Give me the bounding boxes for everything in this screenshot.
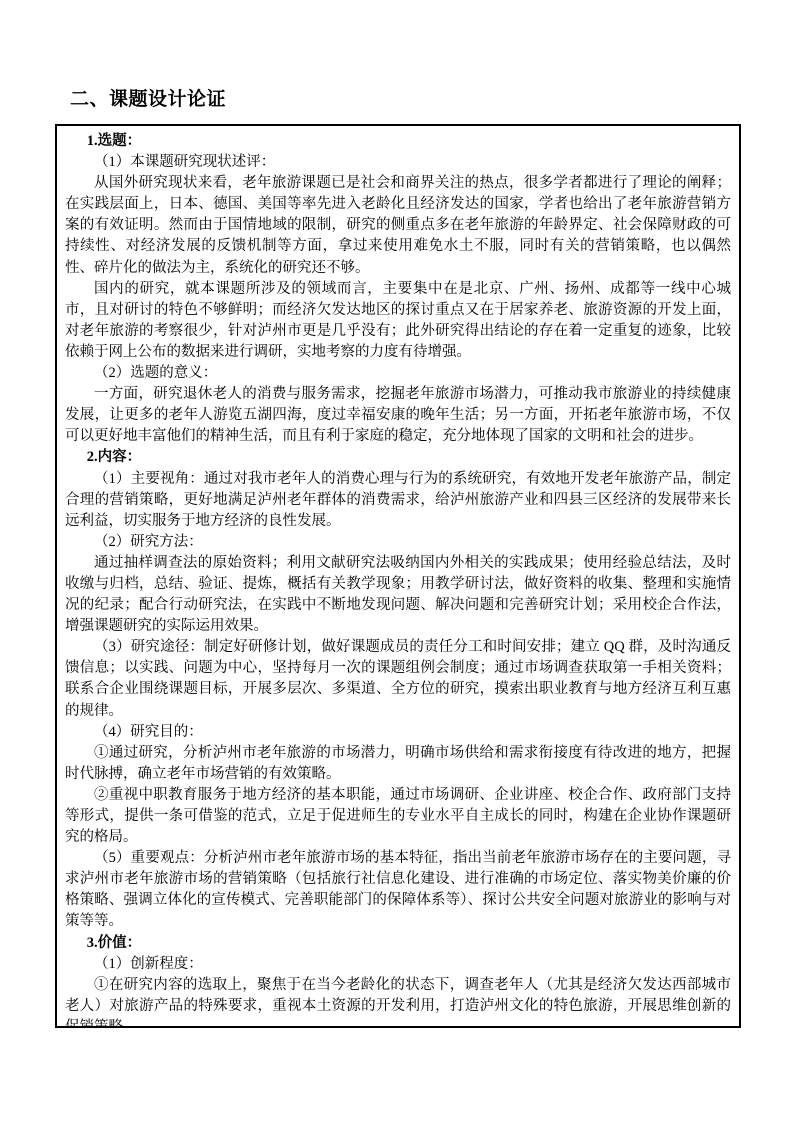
paragraph-18: ①在研究内容的选取上，聚焦于在当今老龄化的状态下，调查老年人（尤其是经济欠发达西… [65,975,731,1028]
paragraph-3: 从国外研究现状来看，老年旅游课题已是社会和商界关注的热点，很多学者都进行了理论的… [65,173,731,278]
paragraph-14: ②重视中职教育服务于地方经济的基本职能，通过市场调研、企业讲座、校企合作、政府部… [65,785,731,848]
paragraph-6: 一方面，研究退休老人的消费与服务需求，挖掘老年旅游市场潜力，可推动我市旅游业的持… [65,384,731,447]
paragraph-5: （2）选题的意义： [65,363,731,384]
paragraph-12: （4）研究目的： [65,722,731,743]
paragraph-9: （2）研究方法： [65,532,731,553]
content-box: 1.选题：（1）本课题研究现状述评：从国外研究现状来看，老年旅游课题已是社会和商… [55,124,741,1028]
paragraph-15: （5）重要观点：分析泸州市老年旅游市场的基本特征，指出当前老年旅游市场存在的主要… [65,848,731,932]
paragraph-11: （3）研究途径：制定好研修计划，做好课题成员的责任分工和时间安排；建立 QQ 群… [65,637,731,721]
section-title: 二、课题设计论证 [70,84,226,111]
paragraph-13: ①通过研究，分析泸州市老年旅游的市场潜力，明确市场供给和需求衔接度有待改进的地方… [65,743,731,785]
paragraph-16: 3.价值： [65,933,731,954]
paragraph-10: 通过抽样调查法的原始资料；利用文献研究法吸纳国内外相关的实践成果；使用经验总结法… [65,553,731,637]
paragraph-7: 2.内容： [65,447,731,468]
paragraph-8: （1）主要视角：通过对我市老年人的消费心理与行为的系统研究，有效地开发老年旅游产… [65,469,731,532]
paragraph-2: （1）本课题研究现状述评： [65,152,731,173]
paragraph-4: 国内的研究，就本课题所涉及的领域而言，主要集中在是北京、广州、扬州、成都等一线中… [65,279,731,363]
paragraph-17: （1）创新程度： [65,954,731,975]
paragraph-1: 1.选题： [65,131,731,152]
document-page: 二、课题设计论证 1.选题：（1）本课题研究现状述评：从国外研究现状来看，老年旅… [0,0,793,1122]
